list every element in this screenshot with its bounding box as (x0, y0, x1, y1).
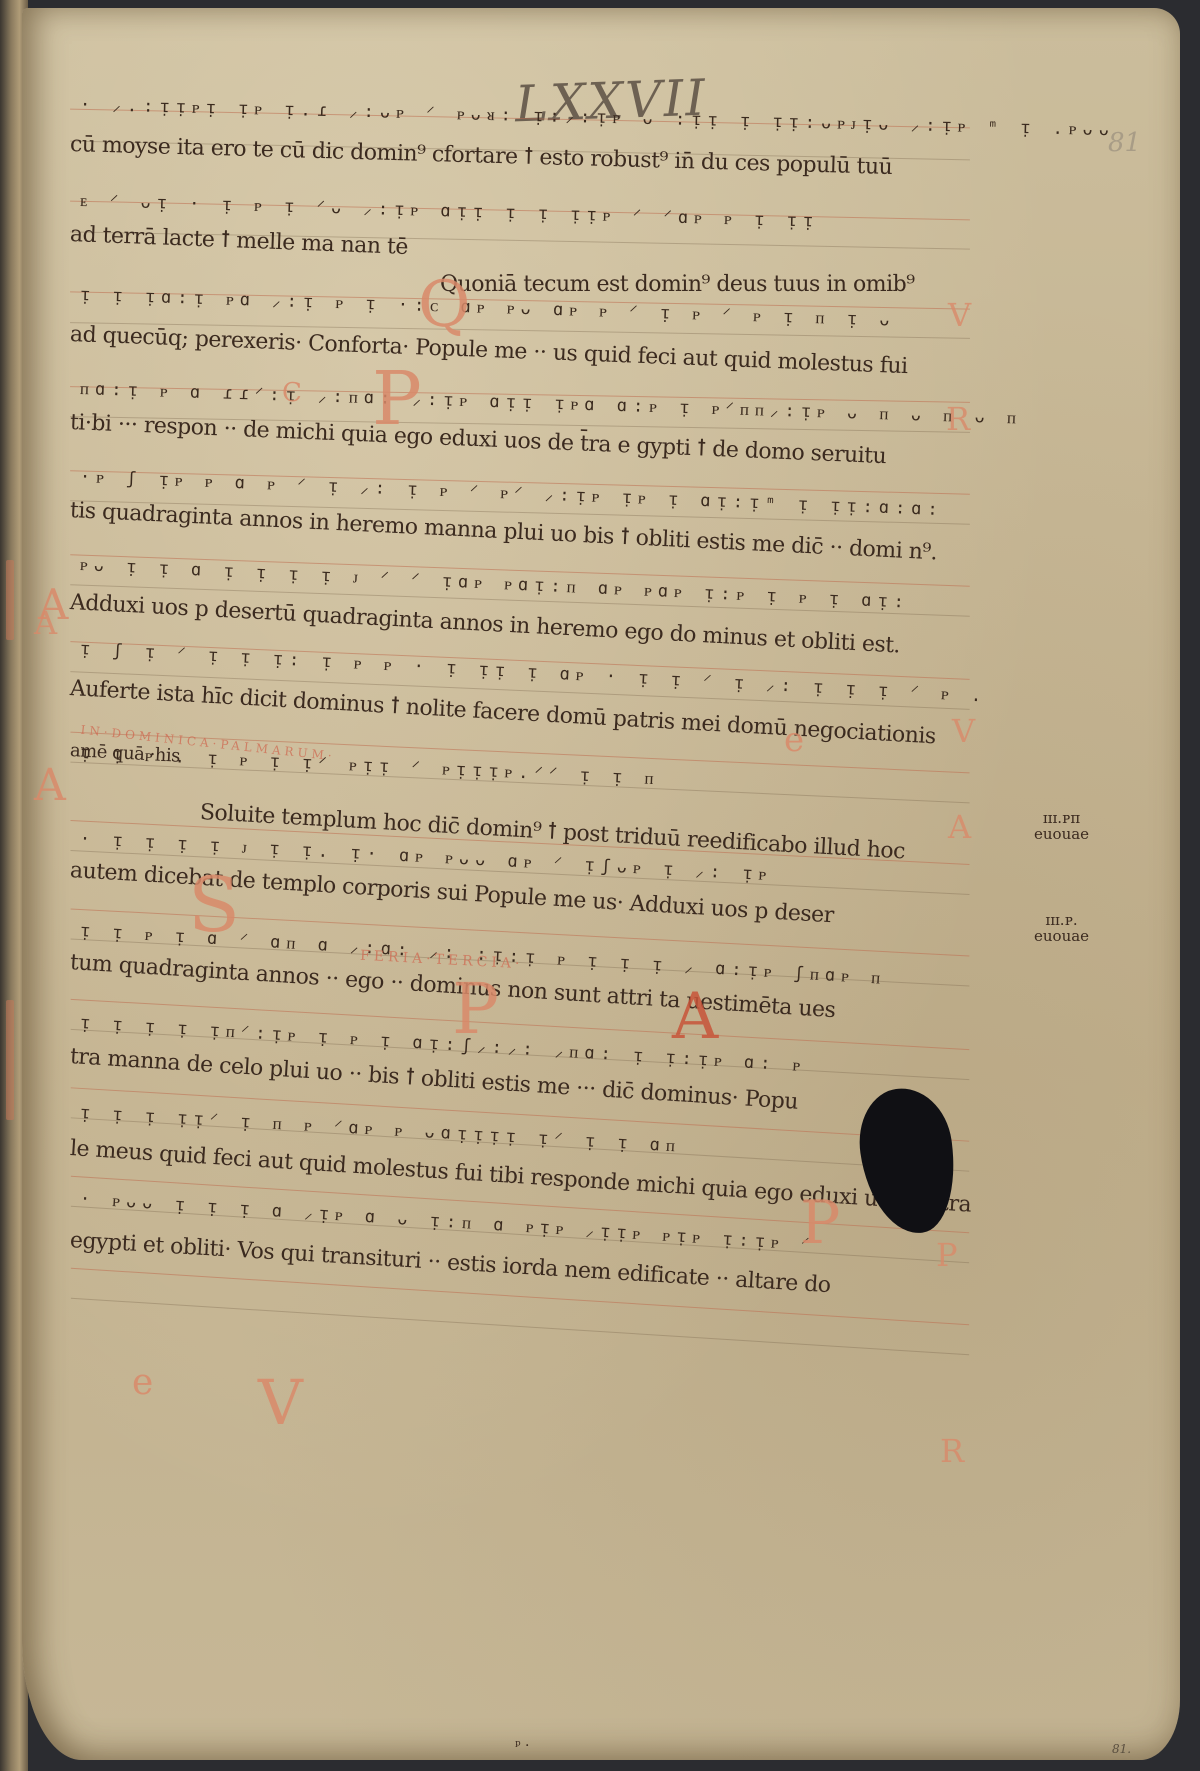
chant-text-line: Quoniā tecum est domin⁹ deus tuus in omi… (440, 272, 915, 297)
margin-note-text: euouae (1034, 928, 1089, 944)
folio-number-bottom: 81. (1112, 1742, 1131, 1756)
initial-P: P (372, 356, 422, 442)
margin-letter-V: V (952, 712, 980, 742)
margin-letter-A: A (948, 808, 976, 838)
margin-letter-R: R (940, 1432, 968, 1462)
bottom-marks: ᵖ · (515, 1738, 530, 1754)
facing-page-red-mark (6, 560, 14, 640)
margin-note-neumes: ɪɪɪ.ᴘ. (1034, 912, 1089, 928)
initial-A-2: A (34, 760, 66, 811)
initial-e-1: e (784, 720, 804, 760)
initial-A-3: A (672, 980, 718, 1054)
margin-note-text: euouae (1034, 826, 1089, 842)
initial-S: S (188, 860, 240, 949)
facing-page-red-mark (6, 1000, 14, 1120)
margin-letter-P: P (936, 1236, 964, 1266)
initial-P-3: P (800, 1188, 840, 1258)
margin-note-euouae-1: ɪɪɪ.ᴘᴨ euouae (1034, 810, 1089, 842)
margin-letter-A: A (34, 604, 62, 634)
initial-C: C (282, 378, 302, 408)
initial-V-1: V (258, 1366, 303, 1439)
initial-P-2: P (452, 968, 499, 1050)
margin-note-euouae-2: ɪɪɪ.ᴘ. euouae (1034, 912, 1089, 944)
margin-note-neumes: ɪɪɪ.ᴘᴨ (1034, 810, 1089, 826)
initial-Q: Q (418, 268, 470, 342)
margin-letter-V: V (948, 296, 976, 326)
margin-letter-R: R (946, 400, 974, 430)
initial-e-2: e (132, 1362, 153, 1403)
